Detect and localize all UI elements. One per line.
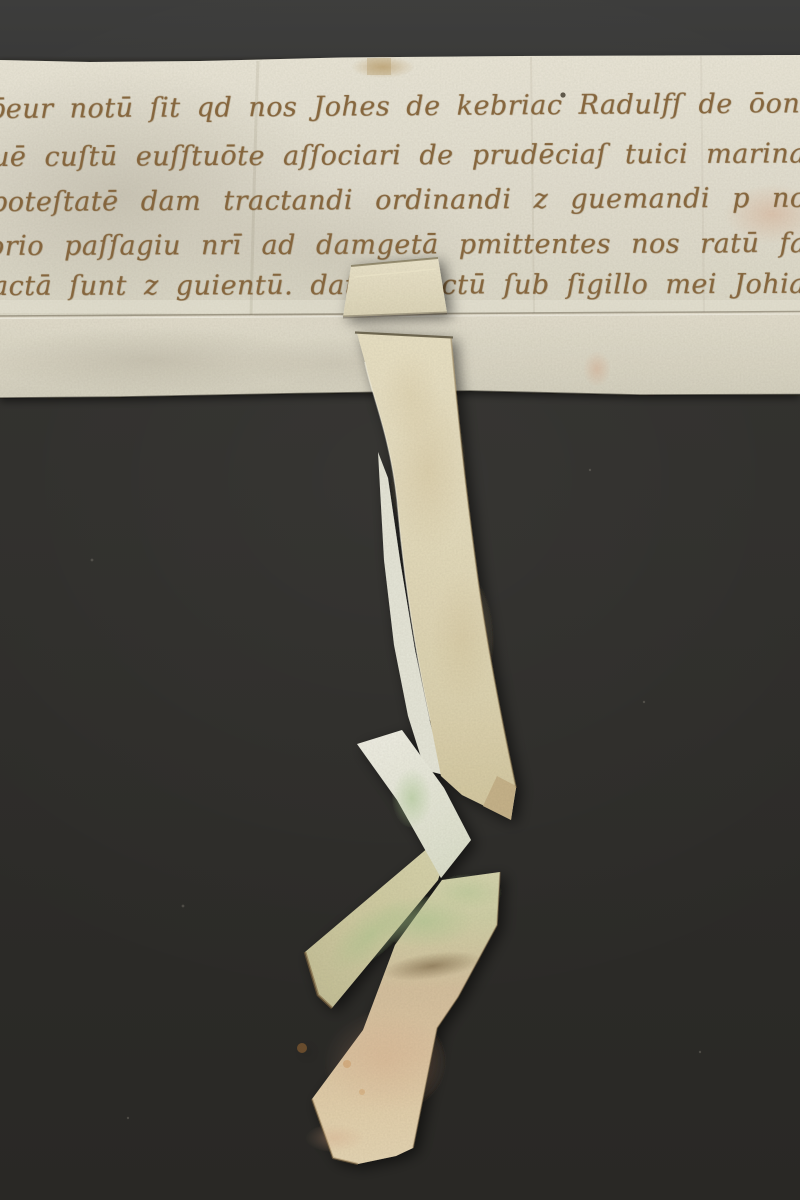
manuscript-line-4: orio paſſagiu nrī ad damgetā pmittentes … <box>0 228 800 262</box>
manuscript-line-3: poteſtatē dam tractandi ordinandi z guem… <box>0 182 800 218</box>
charter-photograph: p̄eur notū ſit qd nos Johes de kebriac R… <box>0 0 800 1200</box>
manuscript-line-2: uē cuſtū euſſtuōte aſſociari de prudēcia… <box>0 138 800 173</box>
manuscript-line-5: actā ſunt z guientū. datū a octū ſub ſig… <box>0 269 800 302</box>
manuscript-line-1: p̄eur notū ſit qd nos Johes de kebriac R… <box>0 87 800 125</box>
manuscript-text: p̄eur notū ſit qd nos Johes de kebriac R… <box>0 0 800 317</box>
